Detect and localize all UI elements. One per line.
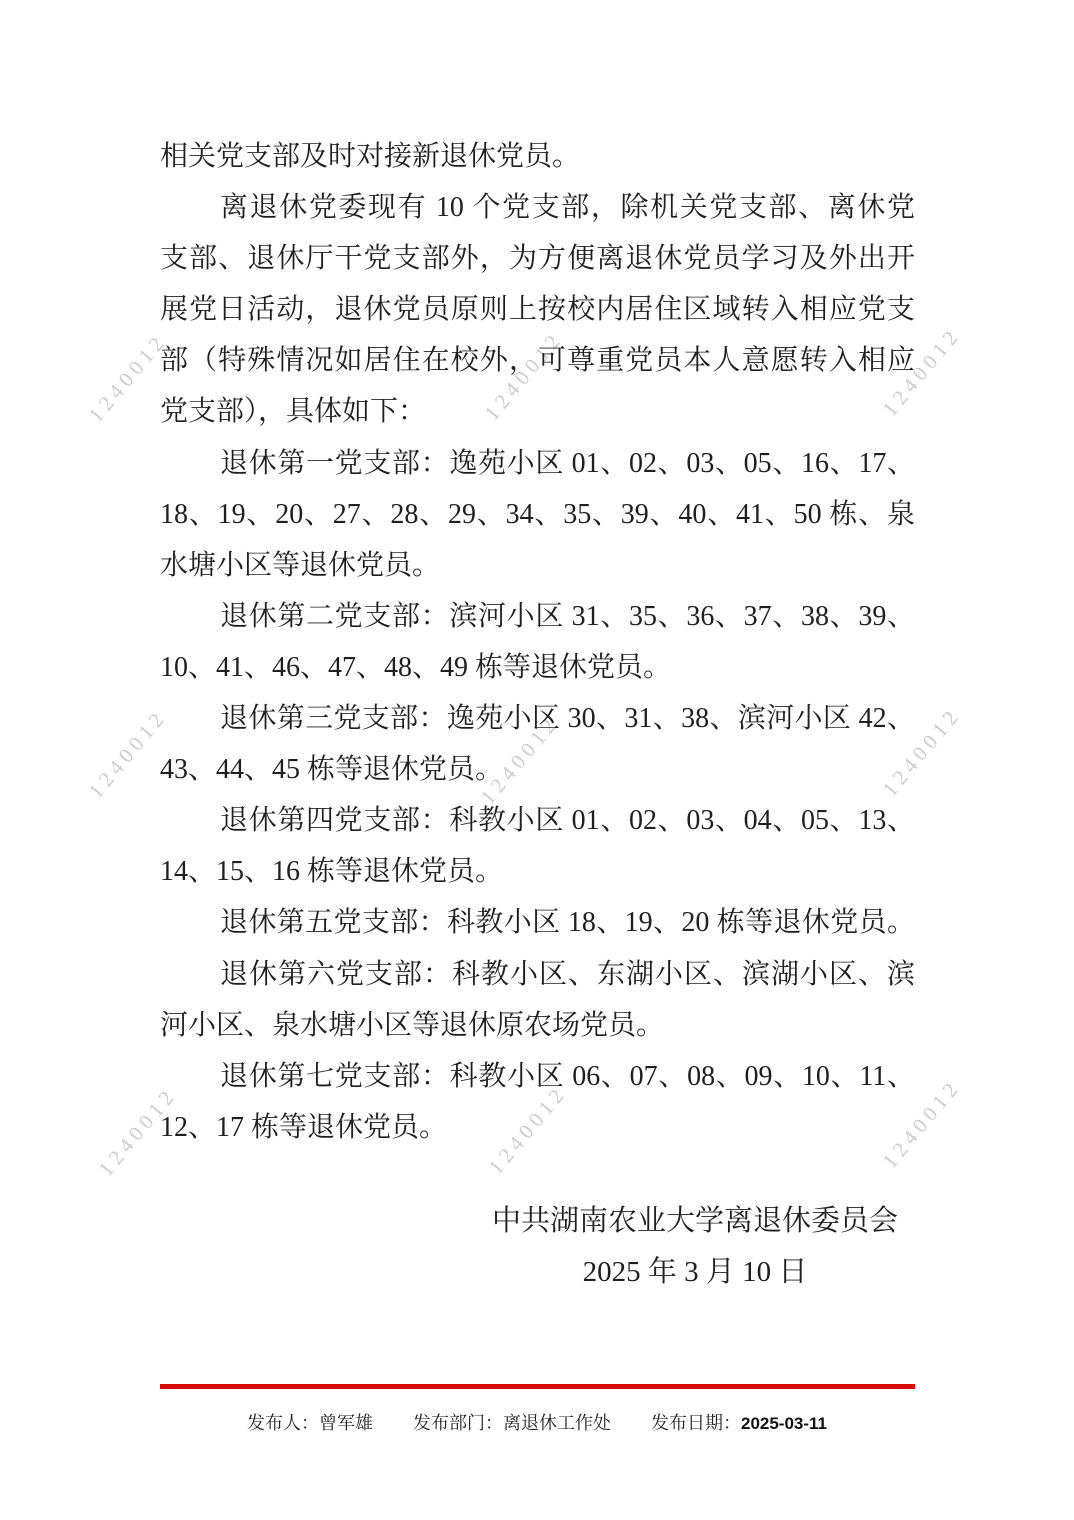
document-line: 退休第五党支部：科教小区 18、19、20 栋等退休党员。 bbox=[160, 897, 915, 948]
department-value: 离退休工作处 bbox=[503, 1413, 611, 1433]
publish-date-label: 发布日期： bbox=[651, 1413, 741, 1433]
document-line: 党支部），具体如下： bbox=[160, 386, 915, 437]
document-line: 相关党支部及时对接新退休党员。 bbox=[160, 131, 915, 182]
document-line: 14、15、16 栋等退休党员。 bbox=[160, 846, 915, 897]
document-line: 部（特殊情况如居住在校外，可尊重党员本人意愿转入相应 bbox=[160, 335, 915, 386]
document-page: 1240012 1240012 1240012 1240012 1240012 … bbox=[0, 0, 1074, 1520]
document-body: 相关党支部及时对接新退休党员。离退休党委现有 10 个党支部，除机关党支部、离休… bbox=[160, 131, 915, 1153]
document-line: 退休第四党支部：科教小区 01、02、03、04、05、13、 bbox=[160, 795, 915, 846]
publisher-label: 发布人： bbox=[247, 1413, 319, 1433]
document-line: 离退休党委现有 10 个党支部，除机关党支部、离休党 bbox=[160, 182, 915, 233]
red-divider-line bbox=[160, 1384, 915, 1389]
signature-block: 中共湖南农业大学离退休委员会 2025 年 3 月 10 日 bbox=[492, 1196, 898, 1298]
document-line: 43、44、45 栋等退休党员。 bbox=[160, 744, 915, 795]
publish-date-segment: 发布日期：2025-03-11 bbox=[651, 1409, 827, 1435]
publish-date-value: 2025-03-11 bbox=[741, 1414, 827, 1433]
document-line: 支部、退休厅干党支部外，为方便离退休党员学习及外出开 bbox=[160, 233, 915, 284]
document-line: 退休第六党支部：科教小区、东湖小区、滨湖小区、滨 bbox=[160, 949, 915, 1000]
publisher-value: 曾军雄 bbox=[319, 1413, 373, 1433]
document-line: 10、41、46、47、48、49 栋等退休党员。 bbox=[160, 642, 915, 693]
signature-date: 2025 年 3 月 10 日 bbox=[492, 1247, 898, 1298]
publish-info-footer: 发布人：曾军雄 发布部门：离退休工作处 发布日期：2025-03-11 bbox=[0, 1409, 1074, 1435]
document-line: 12、17 栋等退休党员。 bbox=[160, 1102, 915, 1153]
department-label: 发布部门： bbox=[413, 1413, 503, 1433]
document-line: 退休第二党支部：滨河小区 31、35、36、37、38、39、 bbox=[160, 591, 915, 642]
signature-org: 中共湖南农业大学离退休委员会 bbox=[492, 1196, 898, 1247]
document-line: 退休第七党支部：科教小区 06、07、08、09、10、11、 bbox=[160, 1051, 915, 1102]
document-line: 河小区、泉水塘小区等退休原农场党员。 bbox=[160, 1000, 915, 1051]
document-line: 展党日活动，退休党员原则上按校内居住区域转入相应党支 bbox=[160, 284, 915, 335]
document-line: 退休第三党支部：逸苑小区 30、31、38、滨河小区 42、 bbox=[160, 693, 915, 744]
publisher-segment: 发布人：曾军雄 bbox=[247, 1409, 373, 1435]
document-line: 18、19、20、27、28、29、34、35、39、40、41、50 栋、泉 bbox=[160, 489, 915, 540]
department-segment: 发布部门：离退休工作处 bbox=[413, 1409, 611, 1435]
document-line: 水塘小区等退休党员。 bbox=[160, 540, 915, 591]
document-line: 退休第一党支部：逸苑小区 01、02、03、05、16、17、 bbox=[160, 438, 915, 489]
